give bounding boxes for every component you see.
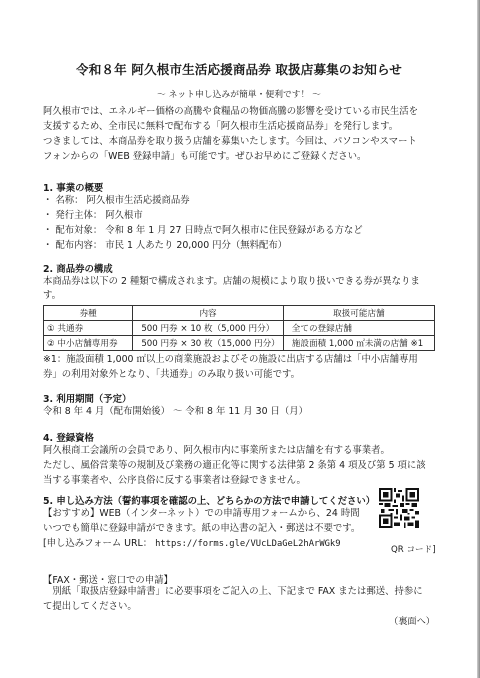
table-cell: ② 中小店舗専用券 bbox=[44, 336, 133, 351]
section4-line: 阿久根商工会議所の会員であり、阿久根市内に事業所または店舗を有する事業者。 bbox=[43, 443, 443, 458]
intro-paragraph: 阿久根市では、エネルギー価格の高騰や食糧品の物価高騰の影響を受けている市民生活を… bbox=[43, 104, 443, 164]
fax-line: て提出してください。 bbox=[43, 599, 443, 614]
table-cell: 500 円券 × 30 枚（15,000 円分） bbox=[133, 336, 283, 351]
table-header: 取扱可能店舗 bbox=[283, 306, 434, 321]
section4-text: 阿久根商工会議所の会員であり、阿久根市内に事業所または店舗を有する事業者。 ただ… bbox=[43, 443, 443, 488]
note-line: ※1：施設面積 1,000 ㎡以上の商業施設およびその施設に出店する店舗は「中小… bbox=[43, 352, 443, 367]
section4-line: 当する事業者や、公序良俗に反する事業者は登録できません。 bbox=[43, 473, 443, 488]
section3-heading: 3. 利用期間（予定） bbox=[43, 391, 131, 405]
form-url-label: [申し込みフォーム URL： bbox=[43, 538, 152, 549]
list-item: ・ 配布内容： 市民 1 人あたり 20,000 円分（無料配布） bbox=[43, 238, 443, 253]
table-header: 券種 bbox=[44, 306, 133, 321]
continued-on-back-label: （裏面へ） bbox=[389, 613, 435, 627]
section2-text-line: す。 bbox=[43, 289, 443, 302]
fax-text: 別紙「取扱店登録申請書」に必要事項をご記入の上、下記まで FAX または郵送、持… bbox=[43, 584, 443, 614]
ticket-table: 券種 内容 取扱可能店舗 ① 共通券 500 円券 × 10 枚（5,000 円… bbox=[43, 305, 435, 351]
section4-line: ただし、風俗営業等の規制及び業務の適正化等に関する法律第 2 条第 4 項及び第… bbox=[43, 458, 443, 473]
table-cell: 全ての登録店舗 bbox=[283, 321, 434, 336]
section1-heading: 1. 事業の概要 bbox=[43, 180, 103, 194]
table-row: ① 共通券 500 円券 × 10 枚（5,000 円分） 全ての登録店舗 bbox=[44, 321, 435, 336]
qr-code-icon[interactable] bbox=[379, 488, 419, 528]
intro-line: つきましては、本商品券を取り扱う店舗を募集いたします。今回は、パソコンやスマート bbox=[43, 134, 443, 149]
qr-code-label: QR コード] bbox=[391, 543, 436, 555]
intro-line: 支援するため、全市民に無料で配布する「阿久根市生活応援商品券」を発行します。 bbox=[43, 119, 443, 134]
section2-text: 本商品券は以下の 2 種類で構成されます。店舗の規模により取り扱いできる券が異な… bbox=[43, 274, 443, 302]
table-header: 内容 bbox=[133, 306, 283, 321]
table-cell: ① 共通券 bbox=[44, 321, 133, 336]
note-line: 券」の利用対象外となり、「共通券」のみ取り扱い可能です。 bbox=[43, 367, 443, 382]
section3-text: 令和 8 年 4 月（配布開始後） ～ 令和 8 年 11 月 30 日（月） bbox=[43, 404, 443, 419]
section2-heading: 2. 商品券の構成 bbox=[43, 261, 113, 275]
form-url-line: [申し込みフォーム URL： https://forms.gle/VUcLDaG… bbox=[43, 536, 443, 552]
list-item: ・ 名称： 阿久根市生活応援商品券 bbox=[43, 193, 443, 208]
section2-note: ※1：施設面積 1,000 ㎡以上の商業施設およびその施設に出店する店舗は「中小… bbox=[43, 352, 443, 382]
intro-line: フォンからの「WEB 登録申請」も可能です。ぜひお早めにご登録ください。 bbox=[43, 149, 443, 164]
section4-heading: 4. 登録資格 bbox=[43, 430, 94, 444]
table-cell: 500 円券 × 10 枚（5,000 円分） bbox=[133, 321, 283, 336]
table-row: ② 中小店舗専用券 500 円券 × 30 枚（15,000 円分） 施設面積 … bbox=[44, 336, 435, 351]
section1-list: ・ 名称： 阿久根市生活応援商品券 ・ 発行主体： 阿久根市 ・ 配布対象： 令… bbox=[43, 193, 443, 253]
section2-text-line: 本商品券は以下の 2 種類で構成されます。店舗の規模により取り扱いできる券が異な… bbox=[43, 274, 443, 289]
table-header-row: 券種 内容 取扱可能店舗 bbox=[44, 306, 435, 321]
document-title: 令和８年 阿久根市生活応援商品券 取扱店募集のお知らせ bbox=[43, 59, 435, 78]
document-subtitle: ～ ネット申し込みが簡単・便利です！ ～ bbox=[43, 87, 435, 100]
intro-line: 阿久根市では、エネルギー価格の高騰や食糧品の物価高騰の影響を受けている市民生活を bbox=[43, 104, 443, 119]
table-cell: 施設面積 1,000 ㎡未満の店舗 ※1 bbox=[283, 336, 434, 351]
section5-heading: 5. 申し込み方法（誓約事項を確認の上、どちらかの方法で申請してください） bbox=[43, 493, 375, 507]
list-item: ・ 発行主体： 阿久根市 bbox=[43, 208, 443, 223]
form-url-link[interactable]: https://forms.gle/VUcLDaGeL2hArWGk9 bbox=[155, 539, 340, 549]
fax-line: 別紙「取扱店登録申請書」に必要事項をご記入の上、下記まで FAX または郵送、持… bbox=[43, 584, 443, 599]
list-item: ・ 配布対象： 令和 8 年 1 月 27 日時点で阿久根市に住民登録がある方な… bbox=[43, 223, 443, 238]
